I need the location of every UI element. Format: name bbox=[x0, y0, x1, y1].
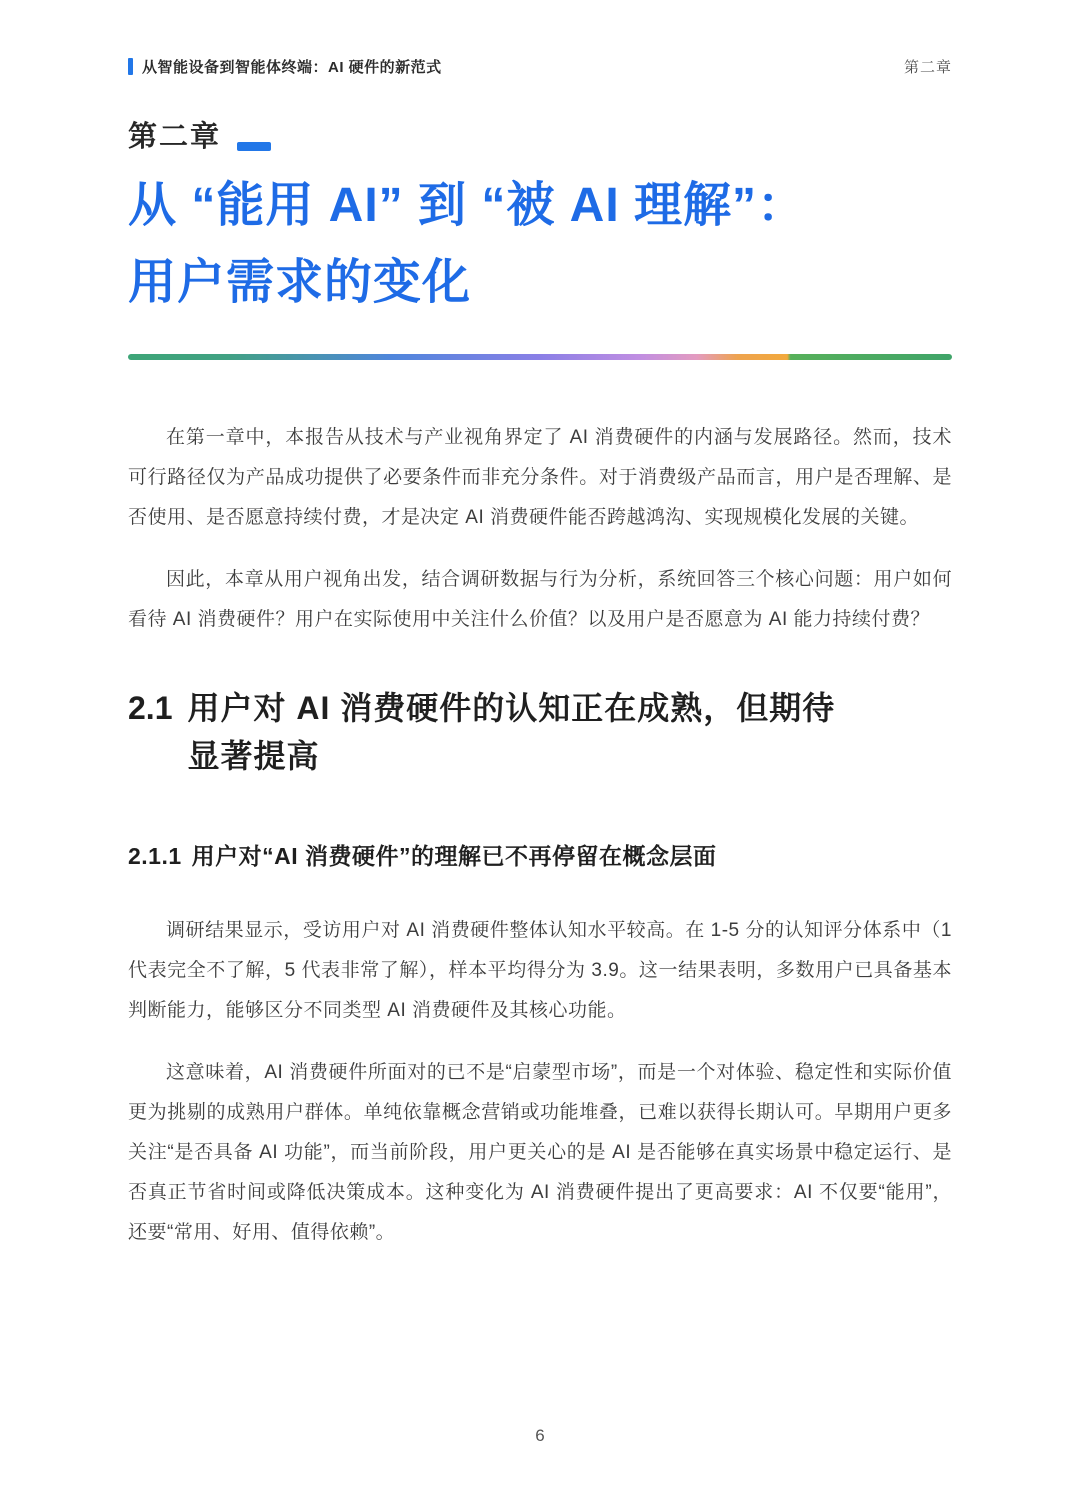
header-accent-bar-icon bbox=[128, 58, 133, 75]
body-paragraph: 调研结果显示，受访用户对 AI 消费硬件整体认知水平较高。在 1-5 分的认知评… bbox=[128, 911, 952, 1031]
chapter-title-line2: 用户需求的变化 bbox=[128, 256, 471, 309]
chapter-dash-icon bbox=[237, 142, 271, 151]
subsection-heading: 2.1.1用户对“AI 消费硬件”的理解已不再停留在概念层面 bbox=[128, 838, 952, 871]
page-number: 6 bbox=[0, 1426, 1080, 1446]
running-header-left: 从智能设备到智能体终端：AI 硬件的新范式 bbox=[128, 56, 442, 77]
section-heading: 2.1 用户对 AI 消费硬件的认知正在成熟，但期待显著提高 bbox=[128, 684, 952, 780]
running-header: 从智能设备到智能体终端：AI 硬件的新范式 第二章 bbox=[128, 0, 952, 77]
header-chapter-label: 第二章 bbox=[904, 56, 952, 77]
intro-paragraph: 因此，本章从用户视角出发，结合调研数据与行为分析，系统回答三个核心问题：用户如何… bbox=[128, 560, 952, 640]
section-number: 2.1 bbox=[128, 684, 172, 732]
report-page: 从智能设备到智能体终端：AI 硬件的新范式 第二章 第二章 从 “能用 AI” … bbox=[0, 0, 1080, 1512]
intro-paragraph: 在第一章中，本报告从技术与产业视角界定了 AI 消费硬件的内涵与发展路径。然而，… bbox=[128, 418, 952, 538]
subsection-number: 2.1.1 bbox=[128, 843, 182, 869]
section-title: 用户对 AI 消费硬件的认知正在成熟，但期待显著提高 bbox=[187, 684, 847, 780]
chapter-label: 第二章 bbox=[128, 123, 221, 152]
chapter-label-row: 第二章 bbox=[128, 123, 952, 152]
chapter-title-line1: 从 “能用 AI” 到 “被 AI 理解”： bbox=[128, 179, 806, 232]
body-paragraph: 这意味着，AI 消费硬件所面对的已不是“启蒙型市场”，而是一个对体验、稳定性和实… bbox=[128, 1053, 952, 1253]
gradient-divider bbox=[128, 354, 952, 360]
chapter-title: 从 “能用 AI” 到 “被 AI 理解”：用户需求的变化 bbox=[128, 168, 952, 322]
subsection-title: 用户对“AI 消费硬件”的理解已不再停留在概念层面 bbox=[192, 843, 717, 869]
report-title: 从智能设备到智能体终端：AI 硬件的新范式 bbox=[142, 56, 442, 77]
